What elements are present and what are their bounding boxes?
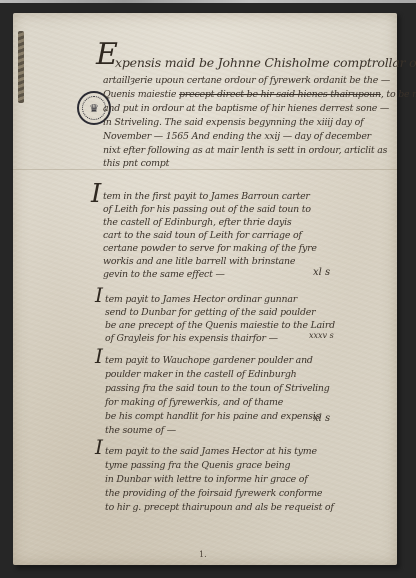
heading-line-2: artaillȝerie upoun certane ordour of fyr… (103, 75, 390, 86)
heading-line-4: and put in ordour at the baptisme of hir… (103, 103, 389, 114)
entry-4-line-3: in Dunbar with lettre to informe hir gra… (105, 474, 307, 485)
entry-3-line-3: passing fra the said toun to the toun of… (105, 383, 330, 394)
heading-line-5: in Striveling. The said expensis begynni… (103, 117, 363, 128)
entry-3-line-5: be his compt handlit for his paine and e… (105, 411, 320, 422)
entry-3-amount: xl s (313, 413, 330, 424)
heading-line-3-tail: , to be maid (381, 89, 416, 100)
entry-1-line-7: gevin to the same effect — (103, 269, 225, 280)
entry-4-initial: I (95, 437, 103, 457)
entry-1-line-3: the castell of Edinburgh, efter thrie da… (103, 217, 291, 228)
entry-3-line-2: poulder maker in the castell of Edinburg… (105, 369, 297, 380)
manuscript-page: ♛ E xpensis maid be Johnne Chisholme com… (13, 13, 397, 565)
heading-line-3-text: Quenis maiestie (103, 89, 176, 100)
heading-line-3: Quenis maiestie precept direct be hir sa… (103, 89, 416, 100)
entry-3-line-4: for making of fyrewerkis, and of thame (105, 397, 283, 408)
entry-2-line-2: send to Dunbar for getting of the said p… (105, 307, 315, 318)
entry-2-line-1: tem payit to James Hector ordinar gunnar (105, 294, 297, 305)
fold-crease (13, 169, 397, 170)
entry-4-line-4: the providing of the foirsaid fyrewerk c… (105, 488, 322, 499)
entry-1-line-1: tem in the first payit to James Barroun … (103, 191, 310, 202)
entry-2-line-3: be ane precept of the Quenis maiestie to… (105, 320, 335, 331)
entry-4-line-5: to hir g. precept thairupoun and als be … (105, 502, 334, 513)
heading-line-7: nixt efter following as at mair lenth is… (103, 145, 387, 156)
crown-stamp-icon: ♛ (89, 103, 99, 114)
entry-3-initial: I (95, 346, 103, 366)
binding-thread (18, 31, 24, 103)
entry-1-line-4: cart to the said toun of Leith for carri… (103, 230, 302, 241)
heading-line-8: this pnt compt (103, 158, 169, 169)
entry-1-amount: xl s (313, 267, 330, 278)
entry-3-line-6: the soume of — (105, 425, 176, 436)
entry-1-line-5: certane powder to serve for making of th… (103, 243, 317, 254)
heading-line-6: November — 1565 And ending the xxij — da… (103, 131, 371, 142)
folio-number: 1. (199, 550, 207, 559)
entry-2-initial: I (95, 285, 103, 305)
entry-3-line-1: tem payit to Wauchope gardener poulder a… (105, 355, 313, 366)
entry-4-line-1: tem payit to the said James Hector at hi… (105, 446, 317, 457)
entry-1-initial: I (91, 181, 101, 207)
heading-line-1: xpensis maid be Johnne Chisholme comptro… (115, 55, 416, 70)
struck-text: precept direct be hir said hienes thairu… (179, 89, 381, 100)
entry-4-line-2: tyme passing fra the Quenis grace being (105, 460, 290, 471)
entry-1-line-2: of Leith for his passing out of the said… (103, 204, 311, 215)
entry-2-line-4: of Grayleis for his expensis thairfor — (105, 333, 278, 344)
entry-1-line-6: workis and ane litle barrell with brinst… (103, 256, 295, 267)
viewer-top-strip (0, 0, 416, 3)
entry-2-amount: xxxv s (309, 331, 334, 340)
